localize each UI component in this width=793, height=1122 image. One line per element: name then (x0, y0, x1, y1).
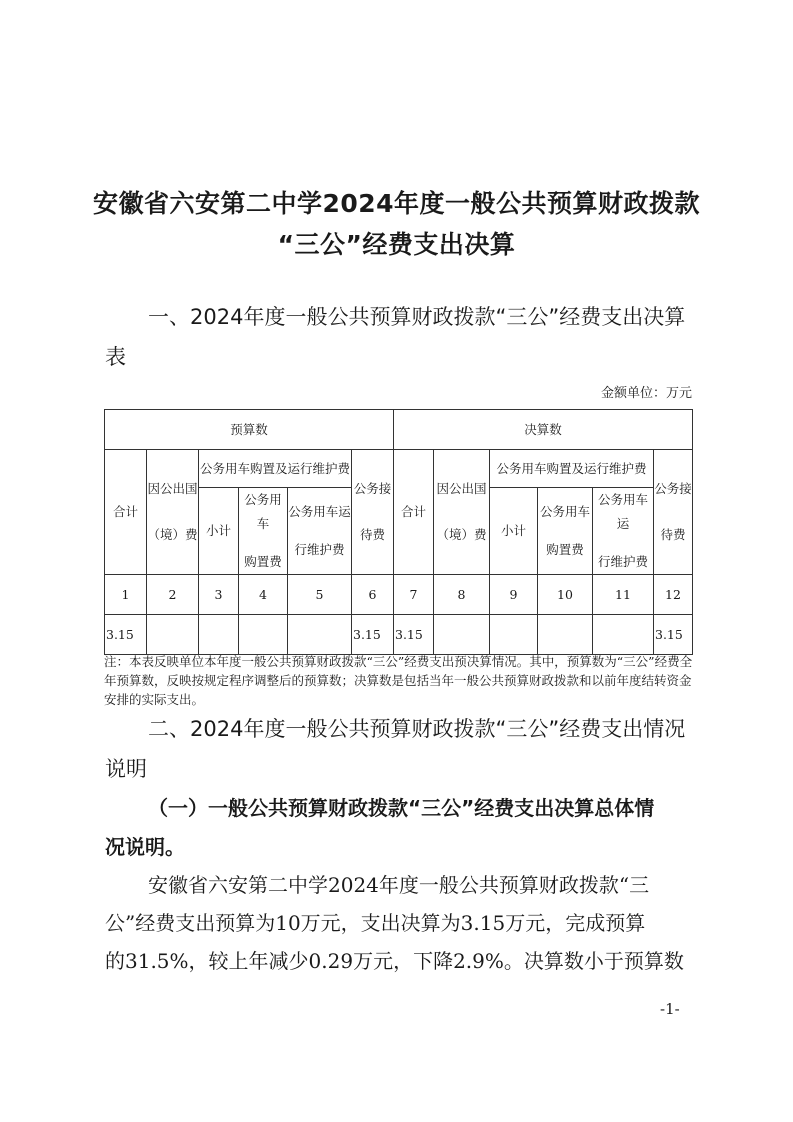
body-paragraph-line2: 公”经费支出预算为10万元，支出决算为3.15万元，完成预算 (105, 906, 645, 940)
value-final-total: 3.15 (394, 615, 434, 655)
column-number: 9 (490, 575, 538, 615)
header-car-operation: 公务用车运行维护费 (593, 488, 654, 575)
header-reception-l2: 待费 (654, 523, 692, 547)
value-budget-abroad (147, 615, 199, 655)
value-final-abroad (434, 615, 490, 655)
header-car-purchase-l1: 公务用车 (239, 488, 287, 536)
header-abroad: 因公出国（境）费 (434, 450, 490, 575)
value-budget-total: 3.15 (105, 615, 147, 655)
header-subtotal: 小计 (490, 488, 538, 575)
value-budget-car-subtotal (199, 615, 239, 655)
header-car-purchase-l2: 购置费 (239, 550, 287, 574)
column-number: 3 (199, 575, 239, 615)
header-car-purchase-l2: 购置费 (538, 538, 592, 562)
header-abroad: 因公出国（境）费 (147, 450, 199, 575)
document-title-line2: “三公”经费支出决算 (0, 225, 793, 265)
header-car-purchase-l1: 公务用车 (538, 500, 592, 524)
header-total: 合计 (394, 450, 434, 575)
value-final-car-purchase (538, 615, 593, 655)
column-number: 4 (239, 575, 288, 615)
column-number: 5 (288, 575, 352, 615)
header-car-operation-l1: 公务用车运 (593, 488, 653, 536)
document-title-line1: 安徽省六安第二中学2024年度一般公共预算财政拨款 (0, 184, 793, 224)
header-car-group: 公务用车购置及运行维护费 (199, 450, 352, 488)
header-reception-l1: 公务接 (654, 477, 692, 501)
header-car-purchase: 公务用车购置费 (538, 488, 593, 575)
header-reception-l1: 公务接 (352, 477, 393, 501)
value-budget-car-purchase (239, 615, 288, 655)
column-number: 12 (654, 575, 693, 615)
header-car-purchase: 公务用车购置费 (239, 488, 288, 575)
body-paragraph-line1: 安徽省六安第二中学2024年度一般公共预算财政拨款“三 (148, 868, 649, 902)
column-number: 2 (147, 575, 199, 615)
column-number: 7 (394, 575, 434, 615)
header-final-group: 决算数 (394, 410, 693, 450)
section1-heading-cont: 表 (105, 342, 126, 372)
value-budget-car-operation (288, 615, 352, 655)
value-final-car-operation (593, 615, 654, 655)
header-subtotal: 小计 (199, 488, 239, 575)
header-car-operation-l2: 行维护费 (288, 538, 351, 562)
page-number: -1- (660, 1000, 680, 1018)
header-car-operation: 公务用车运行维护费 (288, 488, 352, 575)
header-abroad-l1: 因公出国 (434, 477, 489, 501)
header-total: 合计 (105, 450, 147, 575)
header-reception-l2: 待费 (352, 523, 393, 547)
column-number: 11 (593, 575, 654, 615)
section2-heading: 二、2024年度一般公共预算财政拨款“三公”经费支出情况 (148, 714, 685, 744)
amount-unit-label: 金额单位：万元 (601, 382, 692, 401)
column-number: 10 (538, 575, 593, 615)
table-note: 注：本表反映单位本年度一般公共预算财政拨款“三公”经费支出预决算情况。其中，预算… (104, 652, 694, 709)
value-final-reception: 3.15 (654, 615, 693, 655)
section2-heading-cont: 说明 (105, 754, 147, 784)
column-number: 6 (352, 575, 394, 615)
header-reception: 公务接待费 (352, 450, 394, 575)
column-number: 1 (105, 575, 147, 615)
subsection1-heading: （一）一般公共预算财政拨款“三公”经费支出决算总体情 (148, 793, 654, 823)
table-row: 3.15 3.15 3.15 3.15 (105, 615, 693, 655)
three-public-expense-table: 预算数 决算数 合计 因公出国（境）费 公务用车购置及运行维护费 公务接待费 合… (104, 409, 693, 655)
section1-heading: 一、2024年度一般公共预算财政拨款“三公”经费支出决算 (148, 302, 685, 332)
value-budget-reception: 3.15 (352, 615, 394, 655)
header-reception: 公务接待费 (654, 450, 693, 575)
column-number-row: 1 2 3 4 5 6 7 8 9 10 11 12 (105, 575, 693, 615)
header-car-operation-l2: 行维护费 (593, 550, 653, 574)
header-car-operation-l1: 公务用车运 (288, 500, 351, 524)
column-number: 8 (434, 575, 490, 615)
header-abroad-l1: 因公出国 (147, 477, 198, 501)
subsection1-heading-cont: 况说明。 (105, 832, 185, 862)
value-final-car-subtotal (490, 615, 538, 655)
header-budget-group: 预算数 (105, 410, 394, 450)
header-car-group: 公务用车购置及运行维护费 (490, 450, 654, 488)
body-paragraph-line3: 的31.5%，较上年减少0.29万元，下降2.9%。决算数小于预算数 (105, 944, 684, 978)
header-abroad-l2: （境）费 (434, 523, 489, 547)
header-abroad-l2: （境）费 (147, 523, 198, 547)
